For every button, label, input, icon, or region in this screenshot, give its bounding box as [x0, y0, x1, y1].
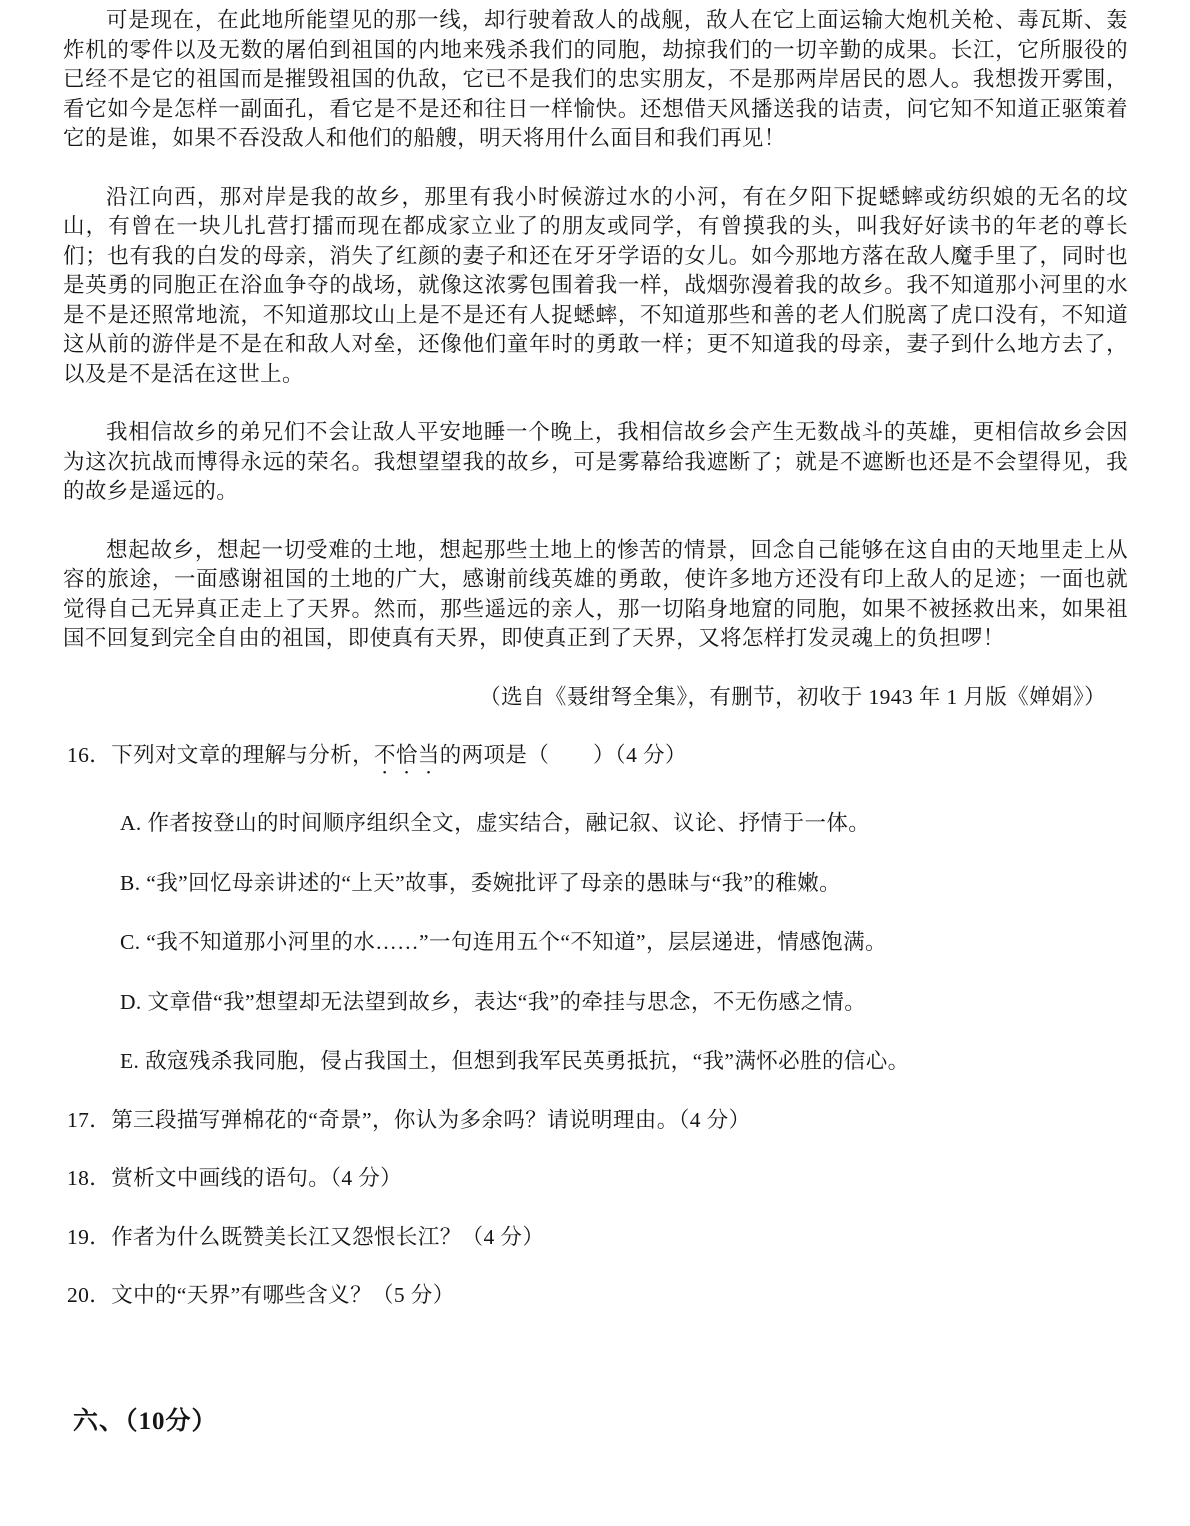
- question-16-emphasized-text: 不恰当: [374, 743, 440, 767]
- reading-passage: 可是现在，在此地所能望见的那一线，却行驶着敌人的战舰，敌人在它上面运输大炮机关枪…: [63, 6, 1128, 712]
- question-16-option-b: B. “我”回忆母亲讲述的“上天”故事，委婉批评了母亲的愚昧与“我”的稚嫩。: [120, 869, 1128, 899]
- passage-paragraph-1: 可是现在，在此地所能望见的那一线，却行驶着敌人的战舰，敌人在它上面运输大炮机关枪…: [63, 6, 1128, 154]
- question-16-option-e: E. 敌寇残杀我同胞，侵占我国土，但想到我军民英勇抵抗，“我”满怀必胜的信心。: [120, 1047, 1128, 1077]
- question-19: 19．作者为什么既赞美长江又怨恨长江？（4 分）: [67, 1223, 1128, 1253]
- exam-page: 可是现在，在此地所能望见的那一线，却行驶着敌人的战舰，敌人在它上面运输大炮机关枪…: [0, 0, 1190, 1526]
- section-six-header: 六、（10分）: [73, 1401, 1128, 1437]
- question-17: 17．第三段描写弹棉花的“奇景”，你认为多余吗？请说明理由。（4 分）: [67, 1106, 1128, 1136]
- passage-paragraph-4: 想起故乡，想起一切受难的土地，想起那些土地上的惨苦的情景，回念自己能够在这自由的…: [63, 536, 1128, 654]
- question-20: 20．文中的“天界”有哪些含义？（5 分）: [67, 1281, 1128, 1311]
- passage-paragraph-3: 我相信故乡的弟兄们不会让敌人平安地睡一个晚上，我相信故乡会产生无数战斗的英雄，更…: [63, 418, 1128, 507]
- question-16-option-a: A. 作者按登山的时间顺序组织全文，虚实结合，融记叙、议论、抒情于一体。: [120, 809, 1128, 839]
- questions-section: 16．下列对文章的理解与分析，不恰当的两项是（ ）（4 分） A. 作者按登山的…: [63, 741, 1128, 1311]
- passage-paragraph-2: 沿江向西，那对岸是我的故乡，那里有我小时候游过水的小河，有在夕阳下捉蟋蟀或纺织娘…: [63, 183, 1128, 390]
- question-16-option-d: D. 文章借“我”想望却无法望到故乡，表达“我”的牵挂与思念，不无伤感之情。: [120, 988, 1128, 1018]
- question-16-suffix: 的两项是（ ）（4 分）: [440, 743, 687, 767]
- passage-attribution: （选自《聂绀弩全集》，有删节，初收于 1943 年 1 月版《婵娟》）: [63, 683, 1128, 713]
- question-16-option-c: C. “我不知道那小河里的水……”一句连用五个“不知道”，层层递进，情感饱满。: [120, 928, 1128, 958]
- question-18: 18．赏析文中画线的语句。（4 分）: [67, 1164, 1128, 1194]
- question-16-prefix: 16．下列对文章的理解与分析，: [67, 743, 374, 767]
- question-16: 16．下列对文章的理解与分析，不恰当的两项是（ ）（4 分）: [67, 741, 1128, 779]
